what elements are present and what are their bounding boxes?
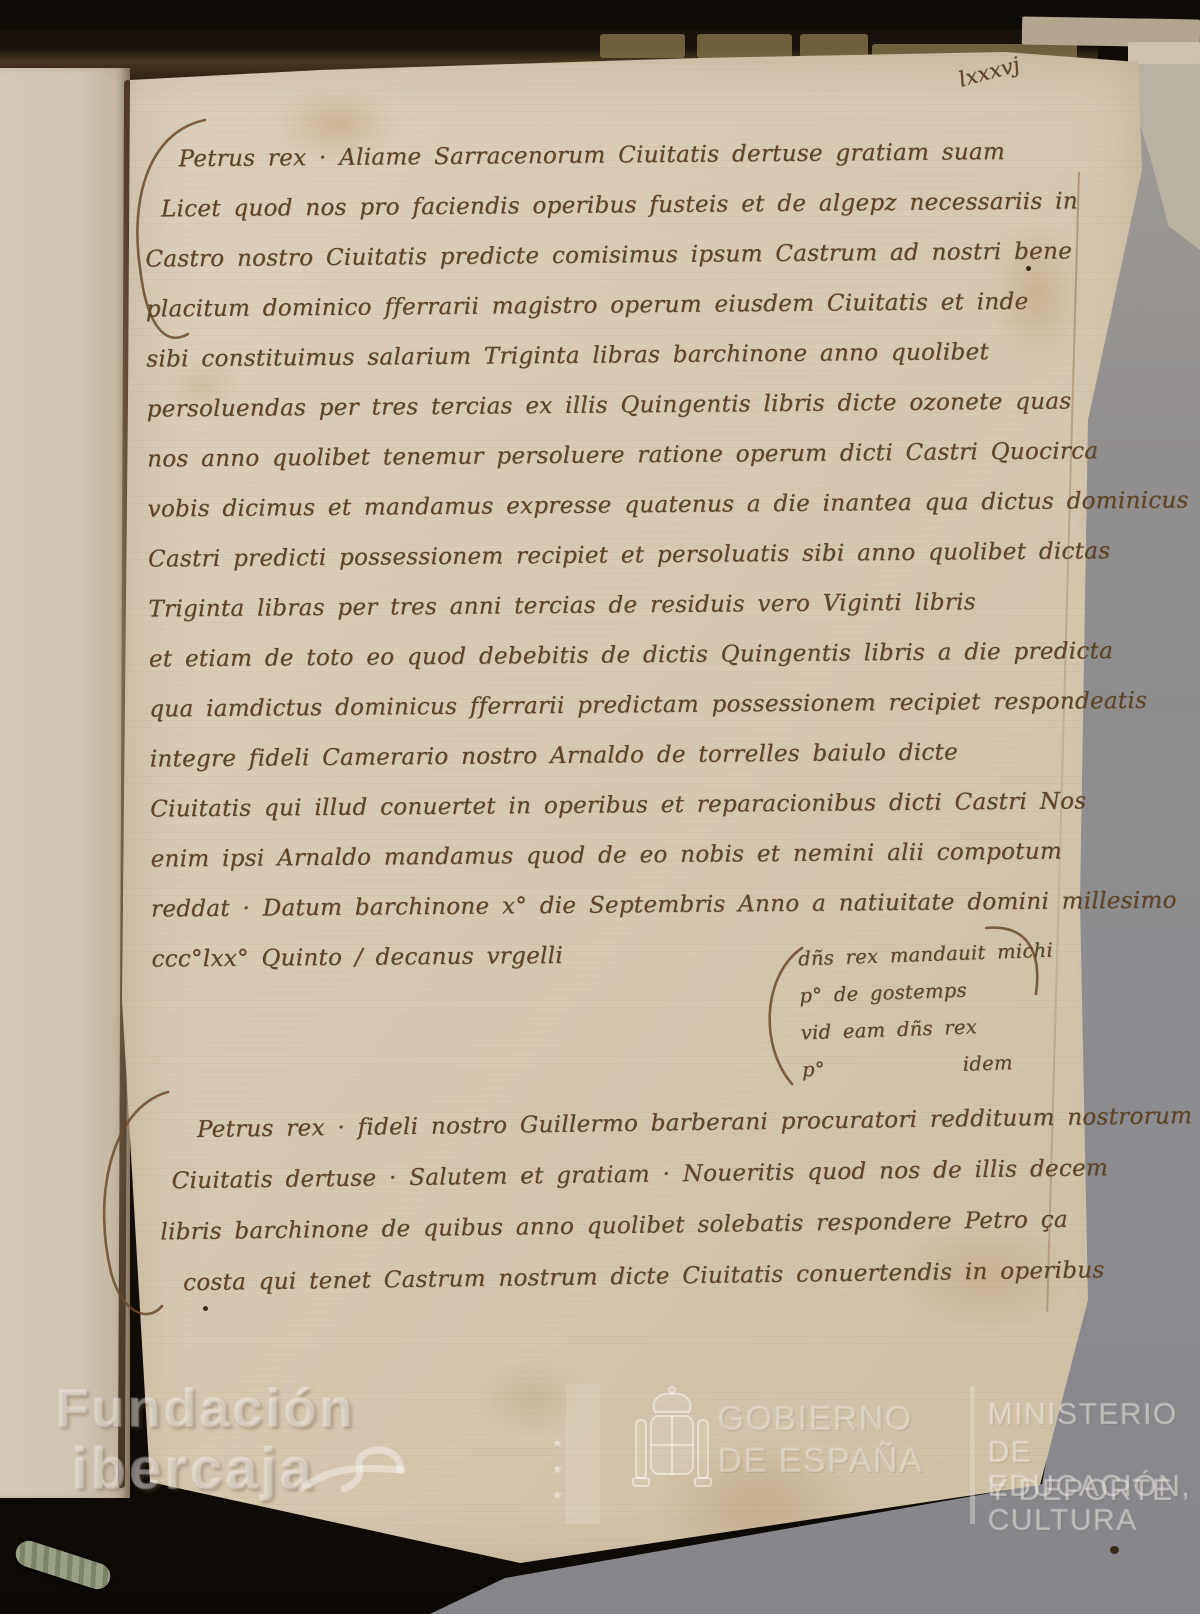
page-edge-strip xyxy=(1128,42,1200,64)
watermark-ministerio-line1: MINISTERIO xyxy=(988,1398,1178,1432)
text-line: vobis dicimus et mandamus expresse quate… xyxy=(147,475,1189,534)
edge-tab xyxy=(697,34,792,58)
eu-flag-watermark: ★ ★ ★ xyxy=(566,1384,600,1524)
text-line: et etiam de toto eo quod debebitis de di… xyxy=(149,625,1191,684)
previous-page xyxy=(0,68,130,1498)
letter-1-text: Petrus rex · Aliame Sarracenorum Ciuitat… xyxy=(144,125,1193,984)
chancery-note: dñs rex mandauit michip° de gostempsvid … xyxy=(797,932,1057,1089)
text-line: qua iamdictus dominicus fferrarii predic… xyxy=(149,675,1191,734)
text-line: Triginta libras per tres anni tercias de… xyxy=(148,575,1190,634)
text-line: Castro nostro Ciuitatis predicte comisim… xyxy=(145,225,1187,284)
letter-2-text: Petrus rex · fideli nostro Guillermo bar… xyxy=(159,1091,1200,1310)
manuscript-photo: lxxxvj Petrus rex · Aliame Sarracenorum … xyxy=(0,0,1200,1614)
watermark-ibercaja-line2: ibercaja xyxy=(72,1436,315,1503)
watermark-ibercaja-line1: Fundación xyxy=(56,1378,356,1440)
eu-star-icon: ★ xyxy=(552,1488,563,1502)
eu-star-icon: ★ xyxy=(552,1436,563,1450)
text-line: persoluendas per tres tercias ex illis Q… xyxy=(146,375,1188,434)
text-line: Petrus rex · Aliame Sarracenorum Ciuitat… xyxy=(178,125,1186,184)
watermark-gobierno-line2: DE ESPAÑA xyxy=(718,1442,924,1481)
text-line: sibi constituimus salarium Triginta libr… xyxy=(146,325,1188,384)
text-line: enim ipsi Arnaldo mandamus quod de eo no… xyxy=(150,825,1192,884)
watermark-ministerio-line3: Y DEPORTE xyxy=(988,1474,1174,1508)
text-line: nos anno quolibet tenemur persoluere rat… xyxy=(147,425,1189,484)
eu-star-icon: ★ xyxy=(552,1462,563,1476)
text-line: Licet quod nos pro faciendis operibus fu… xyxy=(161,175,1187,234)
text-line: Castri predicti possessionem recipiet et… xyxy=(148,525,1190,584)
text-line: Ciuitatis qui illud conuertet in operibu… xyxy=(150,775,1192,834)
text-line: reddat · Datum barchinone x° die Septemb… xyxy=(151,875,1193,934)
edge-tab xyxy=(600,34,685,58)
watermark-divider xyxy=(970,1386,975,1524)
watermark-gobierno-line1: GOBIERNO xyxy=(718,1400,913,1439)
sewing-cord xyxy=(12,1537,113,1592)
text-line: integre fideli Camerario nostro Arnaldo … xyxy=(150,725,1192,784)
edge-tab xyxy=(800,34,868,58)
text-line: placitum dominico fferrarii magistro ope… xyxy=(146,275,1188,334)
wormhole xyxy=(1110,1546,1119,1554)
